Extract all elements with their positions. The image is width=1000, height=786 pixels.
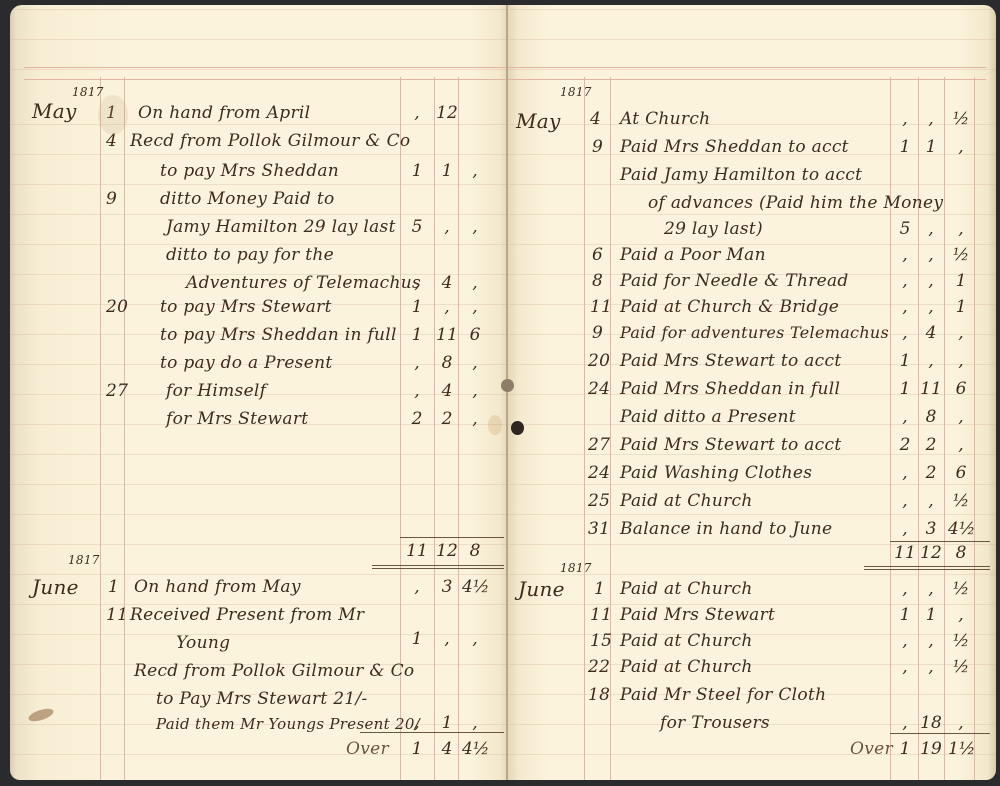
row-pounds: 1 — [892, 379, 918, 399]
over-shillings: 4 — [434, 739, 460, 759]
row-pounds: , — [892, 519, 918, 539]
row-description: for Mrs Stewart — [166, 409, 308, 429]
row-shillings: , — [918, 109, 944, 129]
row-day: 20 — [106, 297, 128, 317]
row-shillings: , — [918, 491, 944, 511]
row-pounds: , — [892, 491, 918, 511]
row-shillings: 11 — [918, 379, 944, 399]
row-day: 24 — [588, 463, 610, 483]
total-pence: 8 — [948, 543, 974, 563]
header-rule — [508, 67, 986, 68]
row-pounds: , — [892, 463, 918, 483]
over-shillings: 19 — [918, 739, 944, 759]
row-shillings: 18 — [918, 713, 944, 733]
row-description: to pay Mrs Sheddan — [160, 161, 339, 181]
row-pounds: 5 — [892, 219, 918, 239]
row-pence: , — [948, 713, 974, 733]
row-pounds: 2 — [404, 409, 430, 429]
row-day: 25 — [588, 491, 610, 511]
row-description: Paid them Mr Youngs Present 20/ — [156, 715, 420, 733]
row-pence: , — [948, 219, 974, 239]
row-description: Paid Mrs Sheddan in full — [620, 379, 840, 399]
row-shillings: , — [918, 219, 944, 239]
total-shillings: 12 — [918, 543, 944, 563]
row-pence: 1 — [948, 297, 974, 317]
row-pounds: 1 — [892, 137, 918, 157]
row-pounds: , — [404, 713, 430, 733]
row-pence: 4½ — [948, 519, 974, 539]
row-pence: , — [462, 713, 488, 733]
row-day: 11 — [590, 605, 612, 625]
row-shillings: 1 — [918, 605, 944, 625]
row-description: Adventures of Telemachus — [186, 273, 421, 293]
row-pence: , — [462, 381, 488, 401]
row-pounds: , — [892, 713, 918, 733]
row-pence: 6 — [948, 463, 974, 483]
row-description: Young — [176, 633, 230, 653]
ink-blot — [511, 421, 524, 435]
total-rule — [360, 732, 504, 733]
row-day: 8 — [592, 271, 603, 291]
total-shillings: 12 — [434, 541, 460, 561]
row-pounds: , — [892, 323, 918, 343]
row-description: Paid for adventures Telemachus — [620, 323, 889, 342]
row-pounds: , — [404, 103, 430, 123]
row-description: On hand from May — [134, 577, 301, 597]
row-pence: ½ — [948, 109, 974, 129]
row-description: Balance in hand to June — [620, 519, 832, 539]
row-day: 11 — [106, 605, 128, 625]
row-description: Received Present from Mr — [130, 605, 364, 625]
row-day: 9 — [592, 323, 603, 343]
row-day: 18 — [588, 685, 610, 705]
row-day: 1 — [594, 579, 605, 599]
over-label: Over — [346, 739, 389, 759]
row-shillings: 11 — [434, 325, 460, 345]
row-shillings: , — [918, 351, 944, 371]
row-shillings: 2 — [918, 435, 944, 455]
pounds-column-rule — [890, 77, 891, 780]
row-description: to Pay Mrs Stewart 21/- — [156, 689, 368, 709]
row-pence: ½ — [948, 491, 974, 511]
row-pounds: , — [892, 109, 918, 129]
discoloration — [98, 95, 128, 135]
year-label: 1817 — [68, 553, 100, 567]
row-pence: , — [948, 351, 974, 371]
row-day: 15 — [590, 631, 612, 651]
row-pence: 6 — [948, 379, 974, 399]
row-shillings: 4 — [434, 381, 460, 401]
row-pounds: , — [892, 271, 918, 291]
over-pounds: 1 — [404, 739, 430, 759]
row-pence: , — [948, 407, 974, 427]
row-pence: ½ — [948, 245, 974, 265]
row-description: Paid a Poor Man — [620, 245, 766, 265]
row-pence: , — [462, 353, 488, 373]
row-pence: ½ — [948, 657, 974, 677]
row-pence: 6 — [462, 325, 488, 345]
row-pounds: , — [892, 631, 918, 651]
row-pounds: 1 — [892, 351, 918, 371]
row-shillings: , — [434, 217, 460, 237]
total-rule — [400, 537, 504, 538]
row-shillings: 1 — [918, 137, 944, 157]
row-shillings: 12 — [434, 103, 460, 123]
row-shillings: , — [434, 297, 460, 317]
row-pence: , — [462, 273, 488, 293]
row-description: Paid Mrs Stewart to acct — [620, 435, 841, 455]
row-description: for Himself — [166, 381, 266, 401]
row-pounds: 1 — [404, 161, 430, 181]
over-pence: 4½ — [462, 739, 488, 759]
row-shillings: 3 — [434, 577, 460, 597]
year-label: 1817 — [560, 85, 592, 99]
row-pounds: 1 — [892, 605, 918, 625]
row-description: Paid Mrs Sheddan to acct — [620, 137, 849, 157]
row-description: Jamy Hamilton 29 lay last — [166, 217, 396, 237]
row-description: for Trousers — [660, 713, 770, 733]
row-pence: , — [462, 217, 488, 237]
row-description: At Church — [620, 109, 710, 129]
over-label: Over — [850, 739, 893, 759]
row-description: Paid ditto a Present — [620, 407, 796, 427]
row-pounds: , — [892, 579, 918, 599]
row-shillings: , — [918, 271, 944, 291]
row-pounds: 1 — [404, 629, 430, 649]
row-description: Paid Jamy Hamilton to acct — [620, 165, 862, 185]
over-pounds: 1 — [892, 739, 918, 759]
row-day: 9 — [106, 189, 117, 209]
row-pence: , — [462, 629, 488, 649]
right-page: May 1817 4 At Church , , ½ 9 Paid Mrs Sh… — [508, 5, 996, 780]
row-description: Paid for Needle & Thread — [620, 271, 849, 291]
total-rule — [890, 733, 990, 734]
header-rule — [24, 67, 507, 68]
open-ledger-book: May 1817 1 On hand from April , 12 4 Rec… — [10, 5, 996, 780]
row-description: Paid Mrs Stewart to acct — [620, 351, 841, 371]
row-pounds: 2 — [892, 435, 918, 455]
total-rule — [890, 541, 990, 542]
row-pence: , — [948, 323, 974, 343]
row-description: Paid Mrs Stewart — [620, 605, 775, 625]
row-description: 29 lay last) — [664, 219, 763, 239]
row-shillings: 3 — [918, 519, 944, 539]
row-pounds: , — [404, 353, 430, 373]
row-day: 27 — [106, 381, 128, 401]
row-pence: 4½ — [462, 577, 488, 597]
row-pounds: , — [892, 297, 918, 317]
header-rule — [508, 79, 986, 80]
row-shillings: , — [918, 245, 944, 265]
row-description: Paid at Church — [620, 491, 753, 511]
year-label: 1817 — [72, 85, 104, 99]
row-pounds: , — [404, 273, 430, 293]
row-day: 9 — [592, 137, 603, 157]
row-shillings: 1 — [434, 161, 460, 181]
row-description: On hand from April — [138, 103, 310, 123]
row-shillings: 8 — [434, 353, 460, 373]
month-label: May — [32, 99, 77, 123]
row-pence: , — [948, 435, 974, 455]
month-label: June — [32, 575, 79, 599]
year-label: 1817 — [560, 561, 592, 575]
row-shillings: 2 — [918, 463, 944, 483]
row-pounds: 1 — [404, 297, 430, 317]
row-day: 24 — [588, 379, 610, 399]
row-shillings: 4 — [918, 323, 944, 343]
double-rule — [372, 565, 504, 566]
over-pence: 1½ — [948, 739, 974, 759]
row-pence: , — [948, 605, 974, 625]
row-shillings: 2 — [434, 409, 460, 429]
row-pounds: , — [404, 577, 430, 597]
row-shillings: , — [918, 297, 944, 317]
row-description: to pay Mrs Sheddan in full — [160, 325, 397, 345]
row-pounds: 5 — [404, 217, 430, 237]
row-pence: , — [462, 409, 488, 429]
row-shillings: , — [434, 629, 460, 649]
row-description: Paid at Church & Bridge — [620, 297, 839, 317]
row-day: 27 — [588, 435, 610, 455]
row-description: Paid at Church — [620, 579, 753, 599]
row-shillings: 1 — [434, 713, 460, 733]
row-description: to pay do a Present — [160, 353, 332, 373]
row-shillings: , — [918, 631, 944, 651]
row-description: Paid at Church — [620, 631, 753, 651]
row-shillings: 8 — [918, 407, 944, 427]
double-rule — [372, 568, 504, 569]
row-description: Paid Mr Steel for Cloth — [620, 685, 826, 705]
double-rule — [864, 566, 990, 567]
row-description: Paid Washing Clothes — [620, 463, 812, 483]
row-pence: ½ — [948, 631, 974, 651]
row-description: to pay Mrs Stewart — [160, 297, 332, 317]
row-pence: , — [462, 297, 488, 317]
row-day: 31 — [588, 519, 610, 539]
row-description: ditto Money Paid to — [160, 189, 335, 209]
pence-column-rule — [944, 77, 945, 780]
row-day: 1 — [108, 577, 119, 597]
row-day: 4 — [590, 109, 601, 129]
row-shillings: , — [918, 579, 944, 599]
row-pence: , — [948, 137, 974, 157]
day-column-rule — [584, 77, 585, 780]
water-stain — [488, 415, 502, 435]
day-column-rule — [124, 77, 125, 780]
row-day: 22 — [588, 657, 610, 677]
date-column-rule — [100, 77, 101, 780]
row-pounds: 1 — [404, 325, 430, 345]
total-pence: 8 — [462, 541, 488, 561]
row-pounds: , — [892, 657, 918, 677]
month-label: May — [516, 109, 561, 133]
row-shillings: , — [918, 657, 944, 677]
row-pounds: , — [892, 407, 918, 427]
total-pounds: 11 — [892, 543, 918, 563]
row-description: Recd from Pollok Gilmour & Co — [130, 131, 410, 151]
total-pounds: 11 — [404, 541, 430, 561]
row-pounds: , — [404, 381, 430, 401]
double-rule — [864, 569, 990, 570]
row-pence: , — [462, 161, 488, 181]
left-page: May 1817 1 On hand from April , 12 4 Rec… — [10, 5, 507, 780]
row-shillings: 4 — [434, 273, 460, 293]
row-day: 6 — [592, 245, 603, 265]
month-label: June — [518, 577, 565, 601]
row-description: Paid at Church — [620, 657, 753, 677]
row-pence: 1 — [948, 271, 974, 291]
row-description: ditto to pay for the — [166, 245, 334, 265]
row-day: 20 — [588, 351, 610, 371]
row-description: Recd from Pollok Gilmour & Co — [134, 661, 414, 681]
farthing-column-rule — [974, 77, 975, 780]
row-pounds: , — [892, 245, 918, 265]
binding-hole — [501, 379, 514, 392]
row-day: 11 — [590, 297, 612, 317]
row-description: of advances (Paid him the Money — [648, 193, 943, 213]
row-pence: ½ — [948, 579, 974, 599]
